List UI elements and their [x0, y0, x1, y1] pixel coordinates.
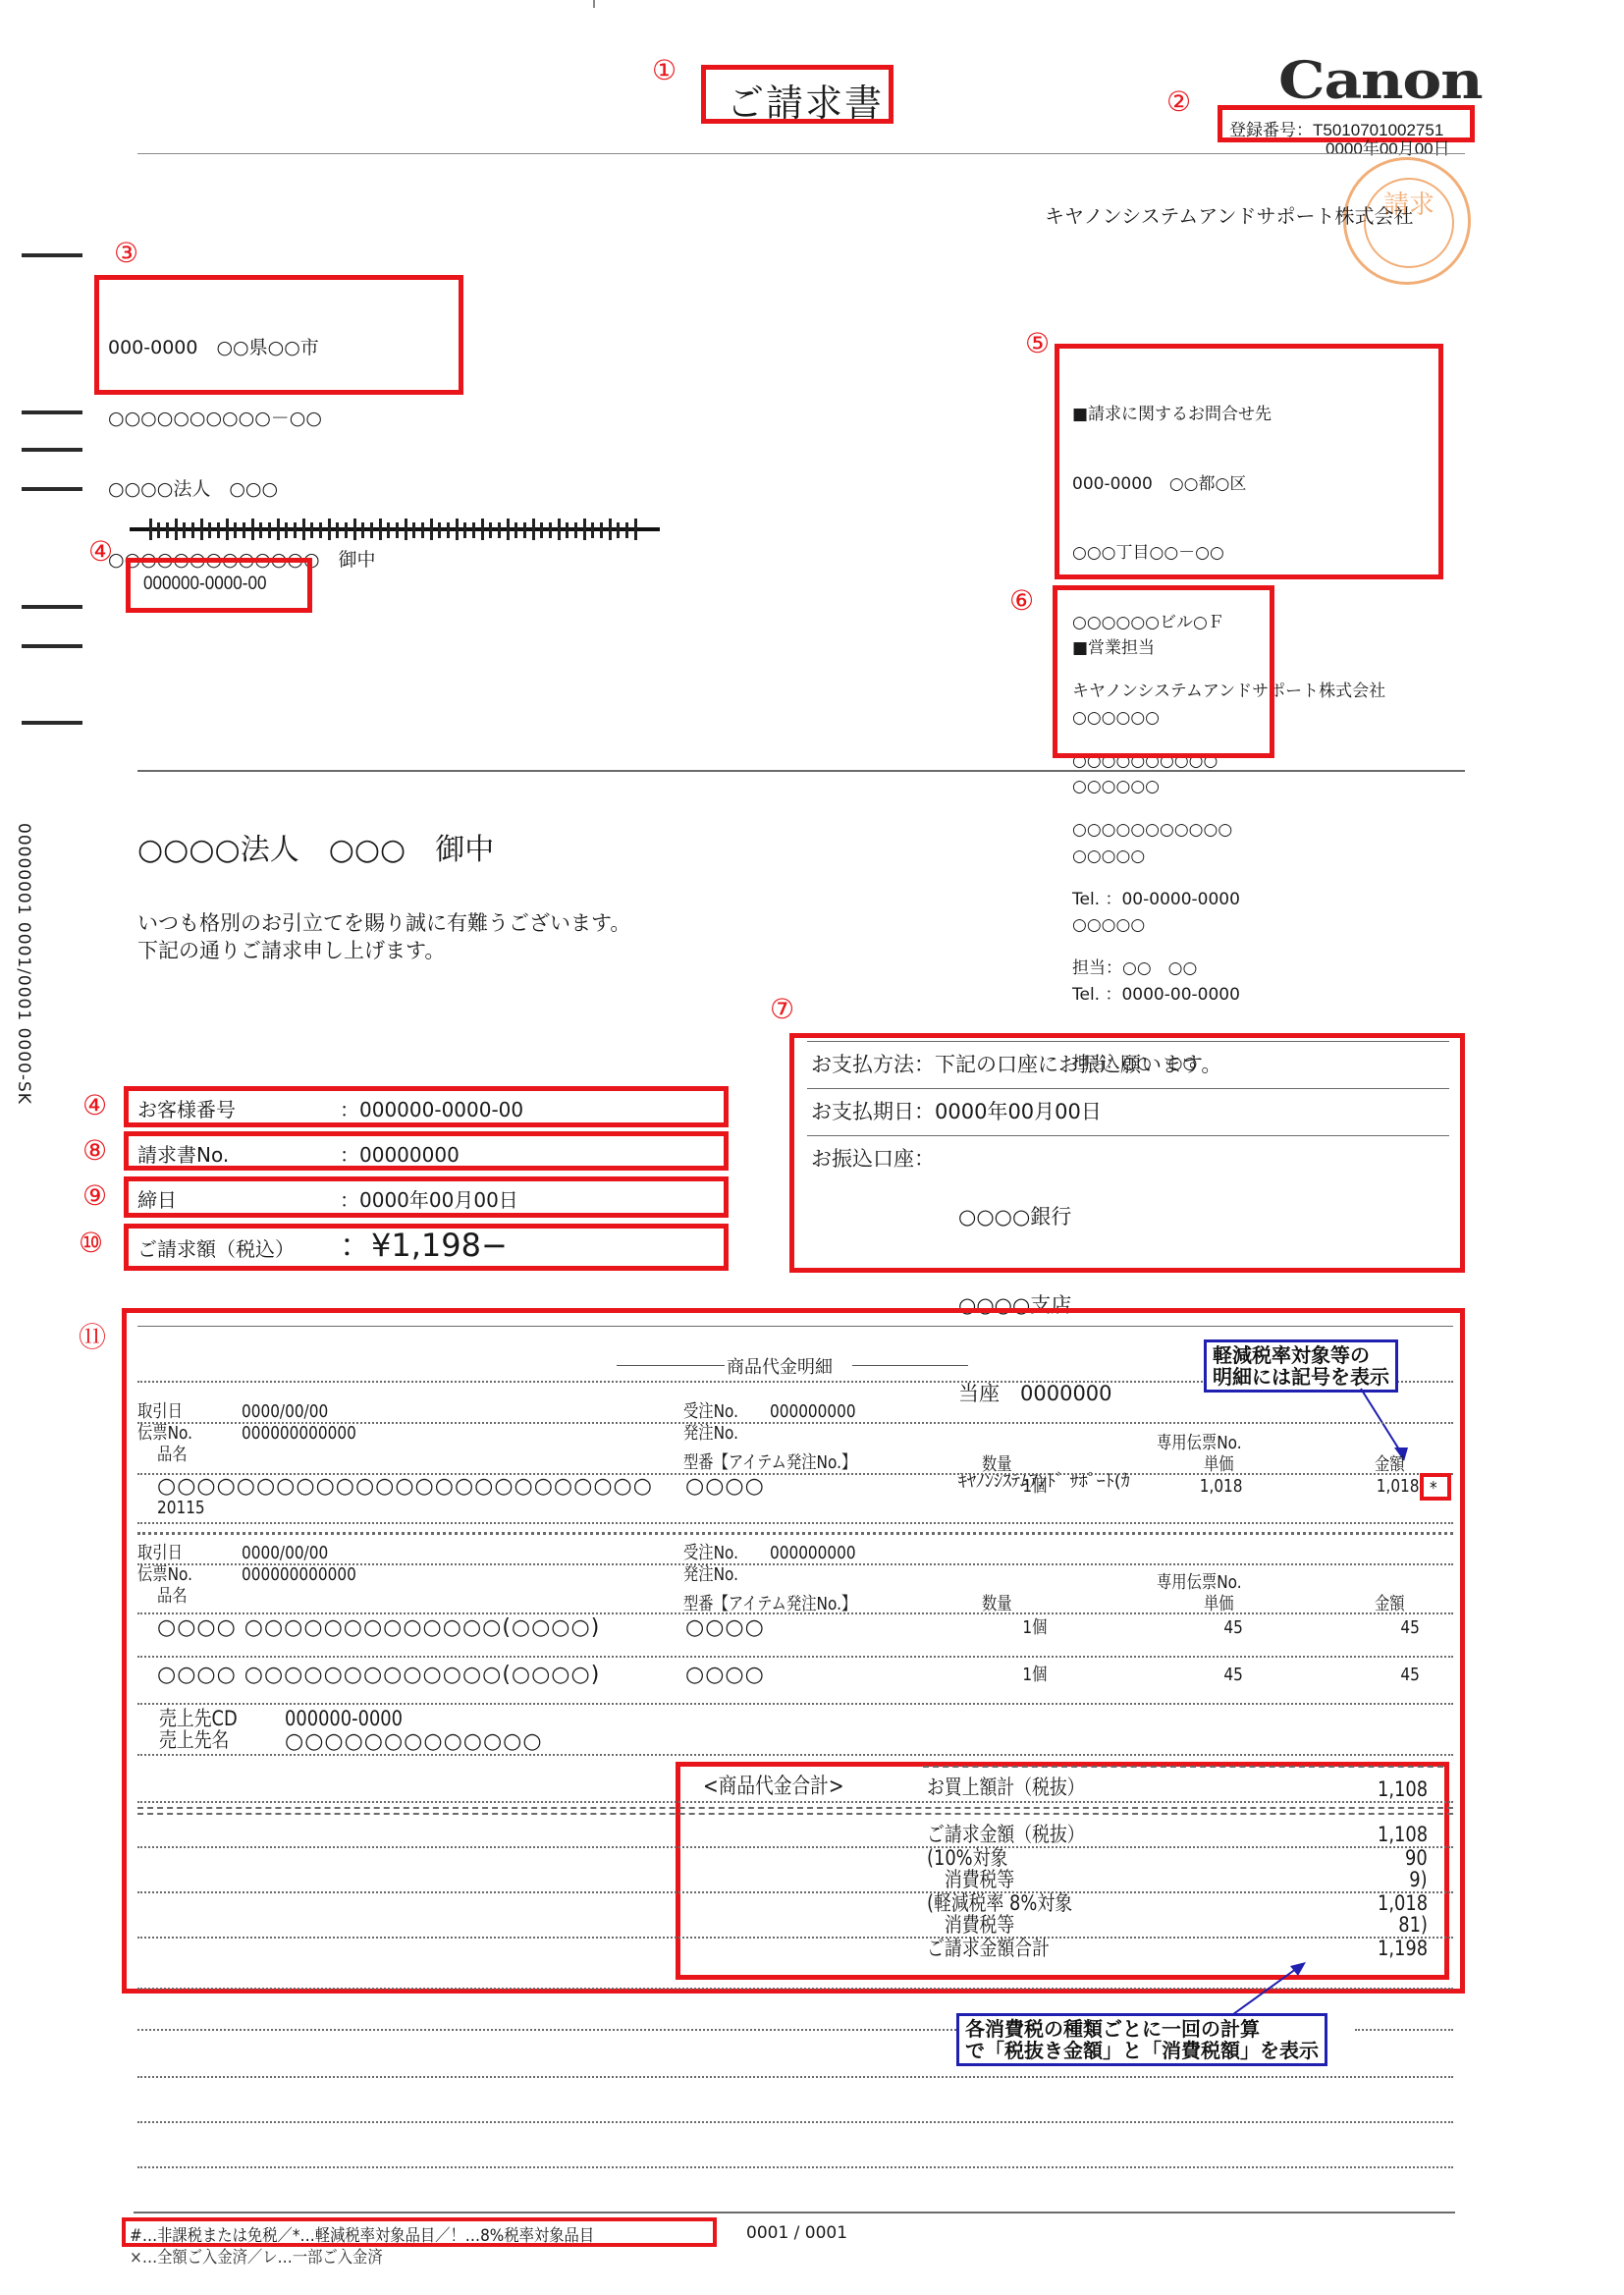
info-closing-date: 締日：0000年00月00日 [137, 1184, 518, 1213]
canon-logo: Canon [1278, 51, 1482, 111]
double-rule [923, 1766, 1443, 1768]
annotation-1: ① [652, 57, 677, 84]
value: ：0000年00月00日 [340, 1188, 518, 1212]
addressee: ○○○○法人 ○○○ 御中 [137, 825, 494, 868]
label-qty: 数量 [982, 1595, 1012, 1614]
item-name: ○○○○ ○○○○○○○○○○○○○(○○○○) [157, 1616, 600, 1640]
slip-no: 000000000000 [242, 1565, 356, 1585]
annotation-2: ② [1166, 88, 1191, 116]
dotted-rule [137, 1754, 1453, 1756]
address-line: ○○○○法人 ○○○ [108, 477, 376, 501]
double-rule [137, 1813, 1453, 1815]
sales-rep-line: ○○○○○○ [1072, 776, 1240, 799]
item-qty: 1個 [1022, 1618, 1047, 1638]
legend-line-2: ×…全額ご入金済／レ…一部ご入金済 [130, 2243, 383, 2268]
fold-mark [22, 605, 82, 609]
sales-rep-line: ○○○○○ [1072, 846, 1240, 869]
label-model: 型番【アイテム発注No.】 [683, 1453, 856, 1473]
bank-name: ○○○○銀行 [958, 1202, 1130, 1231]
annotation-4b: ④ [82, 1092, 107, 1120]
dotted-rule [137, 1937, 1453, 1939]
inquiry-heading: ■請求に関するお問合せ先 [1072, 404, 1385, 427]
callout-reduced-tax-mark: 軽減税率対象等の 明細には記号を表示 [1204, 1339, 1398, 1393]
item-sub-code: 20115 [157, 1499, 205, 1518]
footer-rule [134, 2212, 1455, 2213]
issuer-company-name: キヤノンシステムアンドサポート株式会社 [1045, 200, 1414, 229]
payment-top-rule [807, 1041, 1449, 1042]
order-no: 000000000 [770, 1402, 856, 1422]
dotted-rule [1355, 2029, 1453, 2031]
inquiry-line: 000-0000 ○○都○区 [1072, 473, 1385, 497]
annotation-5: ⑤ [1025, 330, 1050, 357]
label: お振込口座： [811, 1147, 935, 1171]
total-value: 90 [1405, 1848, 1428, 1868]
label-slip-no: 伝票No. [137, 1565, 192, 1585]
label-order-no: 受注No. [683, 1544, 738, 1563]
annotation-10: ⑩ [79, 1229, 103, 1257]
item-amount: 45 [1401, 1666, 1420, 1685]
greeting-line: いつも格別のお引立てを賜り誠に有難うございます。 [137, 909, 630, 937]
document-control-code: 00000001 0001/0001 0000-SK [14, 823, 33, 1105]
total-label: 消費税等 [927, 1870, 1014, 1889]
label-order-no: 受注No. [683, 1402, 738, 1422]
annotation-6: ⑥ [1009, 587, 1034, 615]
payment-rule [807, 1088, 1449, 1089]
payment-account: お振込口座： [811, 1143, 935, 1173]
total-value: 9) [1410, 1870, 1428, 1889]
dotted-rule [137, 2029, 956, 2031]
group-separator [137, 1532, 1453, 1535]
dotted-rule [137, 1801, 1453, 1803]
dotted-rule [137, 2076, 1453, 2078]
detail-section-title: 商品代金明細 [727, 1353, 833, 1379]
sales-rep-phone: Tel. ：0000-00-0000 [1072, 984, 1240, 1008]
callout-arrow-icon [1223, 1958, 1312, 2019]
detail-top-rule [137, 1326, 1453, 1327]
item-amount: 1,018 [1377, 1477, 1420, 1497]
annotation-9: ⑨ [82, 1182, 107, 1210]
page-number: 0001 / 0001 [746, 2223, 847, 2243]
label-sold-to-cd: 売上先CD [159, 1709, 238, 1728]
greeting: いつも格別のお引立てを賜り誠に有難うございます。 下記の通りご請求申し上げます。 [137, 909, 630, 964]
annotation-7: ⑦ [770, 996, 794, 1023]
label: お支払方法： [811, 1053, 935, 1076]
payment-method: お支払方法：下記の口座にお振込願います。 [811, 1049, 1221, 1078]
label-item-name: 品名 [157, 1446, 188, 1465]
label-trade-date: 取引日 [137, 1402, 183, 1422]
item-qty: 1個 [1022, 1477, 1047, 1497]
dotted-rule [137, 2121, 1453, 2123]
totals-section-label: <商品代金合計> [703, 1777, 844, 1797]
trade-date: 0000/00/00 [242, 1402, 328, 1422]
reduced-tax-mark: * [1430, 1479, 1437, 1499]
annotation-4: ④ [88, 538, 113, 566]
fold-mark [22, 644, 82, 648]
value: ：00000000 [340, 1143, 460, 1167]
dotted-rule [137, 1703, 1453, 1705]
item-model: ○○○○ [685, 1616, 765, 1640]
total-value: 1,018 [1378, 1893, 1428, 1913]
annotation-8: ⑧ [82, 1137, 107, 1165]
section-title-rule-left [617, 1365, 725, 1366]
value: ：000000-0000-00 [340, 1098, 523, 1121]
total-label: ご請求金額（税抜） [927, 1825, 1085, 1844]
recipient-address: 000-0000 ○○県○○市 ○○○○○○○○○○－○○ ○○○○法人 ○○○… [108, 289, 376, 595]
sales-rep-line: ○○○○○ [1072, 914, 1240, 938]
payment-due-date: お支払期日：0000年00月00日 [811, 1096, 1102, 1125]
dotted-rule [137, 1656, 1453, 1658]
dotted-rule [137, 2166, 1453, 2168]
dotted-rule [137, 1846, 1453, 1848]
dotted-rule [137, 1612, 1453, 1614]
fold-mark [22, 253, 82, 257]
sold-to-name: ○○○○○○○○○○○○○ [285, 1730, 543, 1754]
scan-mark [593, 0, 595, 8]
grand-total-value: 1,198 [1378, 1939, 1428, 1958]
item-name: ○○○○ ○○○○○○○○○○○○○(○○○○) [157, 1664, 600, 1687]
fold-mark [22, 487, 82, 491]
label-unit-price: 単価 [1204, 1455, 1234, 1475]
double-rule [137, 1807, 1453, 1809]
order-no: 000000000 [770, 1544, 856, 1563]
customer-barcode [130, 517, 660, 542]
item-qty: 1個 [1022, 1666, 1047, 1685]
inquiry-line: ○○○丁目○○－○○ [1072, 542, 1385, 566]
label-qty: 数量 [982, 1455, 1012, 1475]
address-line: 000-0000 ○○県○○市 [108, 336, 376, 359]
label: お支払期日： [811, 1100, 935, 1123]
label-po-no: 発注No. [683, 1565, 738, 1585]
trade-date: 0000/00/00 [242, 1544, 328, 1563]
header-divider [137, 153, 1465, 154]
label: お客様番号 [137, 1094, 340, 1122]
item-model: ○○○○ [685, 1475, 765, 1499]
sales-rep-contact: ■営業担当 ○○○○○○ ○○○○○○ ○○○○○ ○○○○○ Tel. ：00… [1072, 591, 1240, 1099]
total-label: お買上額計（税抜） [927, 1777, 1085, 1797]
sales-rep-line: ○○○○○○ [1072, 707, 1240, 731]
amount-value: ：¥1,198− [340, 1227, 508, 1264]
sold-to-cd: 000000-0000 [285, 1709, 403, 1728]
callout-tax-calculation: 各消費税の種類ごとに一回の計算 で「税抜き金額」と「消費税額」を表示 [956, 2013, 1327, 2066]
label-po-no: 発注No. [683, 1424, 738, 1444]
label-amount: 金額 [1375, 1455, 1405, 1475]
item-unit-price: 1,018 [1200, 1477, 1243, 1497]
slip-no: 000000000000 [242, 1424, 356, 1444]
annotation-11: ⑪ [79, 1324, 106, 1351]
label-sold-to-name: 売上先名 [159, 1730, 229, 1750]
label-special-slip: 専用伝票No. [1157, 1573, 1242, 1593]
label: 請求書No. [137, 1139, 340, 1168]
dotted-rule [137, 1522, 1453, 1524]
total-value: 1,108 [1378, 1779, 1428, 1799]
issue-date: 0000年00月00日 [1326, 135, 1450, 159]
label-special-slip: 専用伝票No. [1157, 1434, 1242, 1453]
info-amount: ご請求額（税込）：¥1,198− [137, 1231, 508, 1262]
label-trade-date: 取引日 [137, 1544, 183, 1563]
total-value: 81) [1398, 1915, 1428, 1935]
total-label: 消費税等 [927, 1915, 1014, 1935]
total-label: (10%対象 [927, 1848, 1007, 1868]
info-customer-no: お客様番号：000000-0000-00 [137, 1094, 523, 1122]
fold-mark [22, 410, 82, 414]
total-value: 1,108 [1378, 1825, 1428, 1844]
sales-rep-heading: ■営業担当 [1072, 637, 1240, 661]
value: 0000年00月00日 [935, 1100, 1102, 1123]
item-unit-price: 45 [1224, 1618, 1243, 1638]
item-model: ○○○○ [685, 1664, 765, 1687]
fold-mark [22, 721, 82, 725]
document-title: ご請求書 [727, 73, 884, 127]
greeting-line: 下記の通りご請求申し上げます。 [137, 937, 630, 964]
item-amount: 45 [1401, 1618, 1420, 1638]
payment-rule [807, 1135, 1449, 1136]
label-model: 型番【アイテム発注No.】 [683, 1595, 856, 1614]
callout-arrow-icon [1355, 1387, 1424, 1465]
label: 締日 [137, 1184, 340, 1213]
dotted-rule [137, 1891, 1453, 1893]
annotation-3: ③ [114, 240, 138, 267]
label-slip-no: 伝票No. [137, 1424, 192, 1444]
info-invoice-no: 請求書No.：00000000 [137, 1139, 460, 1168]
label: ご請求額（税込） [137, 1233, 340, 1262]
value: 下記の口座にお振込願います。 [935, 1053, 1221, 1076]
label-unit-price: 単価 [1204, 1595, 1234, 1614]
section-title-rule-right [852, 1365, 968, 1366]
label-amount: 金額 [1375, 1595, 1405, 1614]
grand-total-label: ご請求金額合計 [927, 1939, 1050, 1958]
item-name: ○○○○○○○○○○○○○○○○○○○○○○○○○ [157, 1475, 653, 1499]
fold-mark [22, 448, 82, 452]
customer-code: 000000-0000-00 [143, 574, 267, 595]
label-item-name: 品名 [157, 1587, 188, 1607]
address-divider [137, 770, 1465, 772]
item-unit-price: 45 [1224, 1666, 1243, 1685]
total-label: (軽減税率 8%対象 [927, 1893, 1072, 1913]
address-line: ○○○○○○○○○○－○○ [108, 407, 376, 430]
